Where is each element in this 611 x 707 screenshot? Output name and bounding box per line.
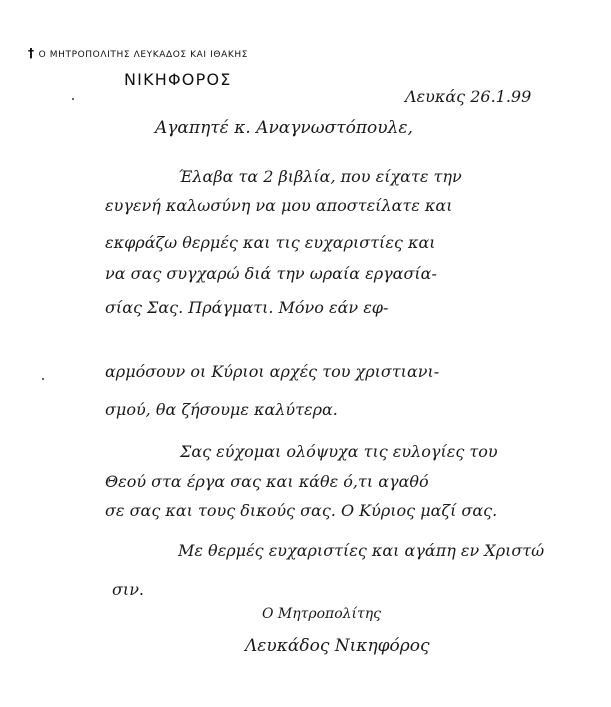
- scan-speck: [42, 378, 44, 380]
- letter-line: σίας Σας. Πράγματι. Μόνο εάν εφ-: [105, 298, 388, 317]
- letterhead-name: ΝΙΚΗΦΟΡΟΣ: [124, 70, 232, 89]
- letter-line: σμού, θα ζήσουμε καλύτερα.: [105, 400, 338, 419]
- letter-line: Με θερμές ευχαριστίες και αγάπη εν Χριστ…: [178, 541, 544, 560]
- letterhead-title-line: †Ο ΜΗΤΡΟΠΟΛΙΤΗΣ ΛΕΥΚΑΔΟΣ ΚΑΙ ΙΘΑΚΗΣ: [28, 46, 248, 60]
- letter-line: ευγενή καλωσύνη να μου αποστείλατε και: [105, 196, 452, 215]
- letter-line: Θεού στα έργα σας και κάθε ό,τι αγαθό: [105, 472, 429, 491]
- cross-icon: †: [28, 46, 35, 60]
- letter-line: σε σας και τους δικούς σας. Ο Κύριος μαζ…: [105, 501, 497, 520]
- letter-closing: Ο Μητροπολίτης: [262, 606, 381, 622]
- letter-line: αρμόσουν οι Κύριοι αρχές του χριστιανι-: [105, 362, 439, 381]
- scan-speck: [72, 98, 74, 100]
- letter-line: Σας εύχομαι ολόψυχα τις ευλογίες του: [180, 442, 498, 461]
- letter-greeting: Αγαπητέ κ. Αναγνωστόπουλε,: [155, 118, 413, 138]
- letter-date: Λευκάς 26.1.99: [405, 87, 531, 106]
- letter-line: Έλαβα τα 2 βιβλία, που είχατε την: [178, 167, 462, 186]
- letterhead-title: Ο ΜΗΤΡΟΠΟΛΙΤΗΣ ΛΕΥΚΑΔΟΣ ΚΑΙ ΙΘΑΚΗΣ: [39, 50, 248, 60]
- letter-line: να σας συγχαρώ διά την ωραία εργασία-: [105, 264, 437, 283]
- signature: Λευκάδος Νικηφόρος: [245, 636, 430, 656]
- letter-line: εκφράζω θερμές και τις ευχαριστίες και: [105, 233, 436, 252]
- letter-line: σιν.: [112, 580, 144, 599]
